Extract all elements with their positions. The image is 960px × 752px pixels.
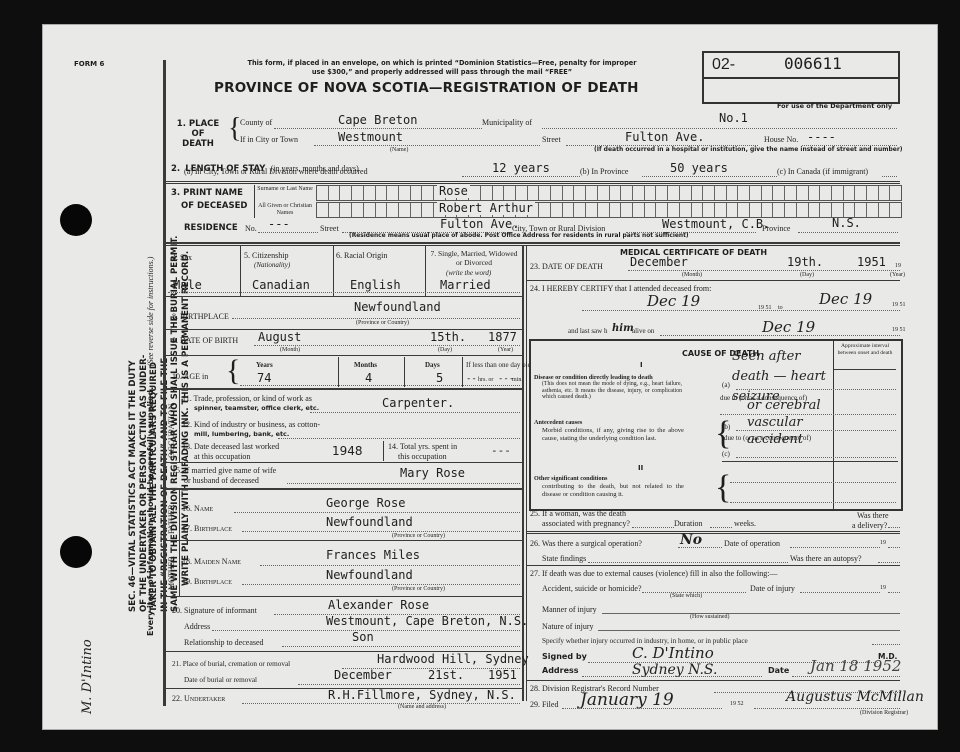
hrs-value[interactable]: --	[466, 374, 477, 384]
less-one-day-label: If less than one day old	[466, 361, 531, 369]
signature-address-label: Address	[542, 666, 579, 675]
industry-field[interactable]	[278, 438, 520, 439]
stay-city-value[interactable]: 12 years	[492, 161, 550, 175]
how-sustained: (How sustained)	[690, 614, 730, 620]
birthplace-label: 8. BIRTHPLACE	[172, 312, 229, 321]
residence-city[interactable]: Westmount, C.B.	[662, 217, 770, 231]
hospital-note: (If death occurred in a hospital or inst…	[594, 146, 903, 153]
residence-street[interactable]: Fulton Ave.	[440, 217, 519, 231]
section-ii: II	[638, 464, 643, 472]
days-value[interactable]: 5	[436, 371, 443, 385]
city-value[interactable]: Westmount	[338, 130, 403, 144]
spouse-label-2: or husband of deceased	[184, 476, 259, 485]
alive-on-value[interactable]: Dec 19	[762, 318, 815, 336]
place-of-death-label: 1. PLACEOFDEATH	[171, 119, 225, 149]
racial-value[interactable]: English	[350, 278, 401, 292]
citizenship-label: 5. Citizenship	[244, 251, 288, 260]
burial-date-year[interactable]: 1951	[488, 668, 517, 682]
street-label: Street	[542, 135, 561, 144]
stay-canada-label: (c) In Canada (if immigrant)	[777, 167, 868, 176]
father-side-label: FATHER	[167, 504, 176, 534]
instruction-supplied: Every item of information should be care…	[146, 387, 155, 636]
residence-label: RESIDENCE	[184, 223, 238, 233]
municipality-label: Municipality of	[482, 118, 532, 127]
residence-province-label: Province	[762, 224, 790, 233]
trade-label-2: spinner, teamster, office clerk, etc.	[194, 404, 319, 412]
birthplace-value[interactable]: Newfoundland	[354, 300, 441, 314]
manner-label: Manner of injury	[542, 605, 597, 614]
direct-note: (This does not mean the mode of dying, e…	[542, 381, 682, 401]
occupation-side-label: OCCUPATION	[167, 403, 176, 458]
mail-notice-line1: This form, if placed in an envelope, on …	[207, 59, 677, 68]
filed-year: 19 52	[730, 701, 744, 707]
cause-a-label: (a)	[722, 381, 730, 389]
state-which: (State which)	[670, 593, 702, 599]
operation-year-prefix: 19	[880, 540, 886, 546]
weeks-label: weeks.	[734, 519, 756, 528]
autopsy-label: Was there an autopsy?	[790, 554, 862, 563]
dod-label: 23. DATE OF DEATH	[530, 262, 603, 271]
frame-left-rule	[163, 60, 166, 706]
signature-date[interactable]: Jan 18 1952	[810, 657, 901, 675]
registration-number-box: 02- 006611	[702, 51, 900, 104]
surname-value[interactable]: Rose	[437, 184, 470, 198]
surname-label: Surname or Last Name	[256, 186, 314, 193]
dob-year[interactable]: 1877	[488, 330, 517, 344]
antecedent-note: Morbid conditions, if any, giving rise t…	[542, 427, 684, 442]
injury-date-label: Date of injury	[750, 584, 795, 593]
cause-b-field[interactable]	[736, 430, 896, 431]
citizenship-sub: (Nationality)	[254, 261, 290, 269]
informant-label: 20. Signature of informant	[172, 606, 257, 615]
frame-mid-rule	[522, 246, 524, 701]
direct-label: Disease or condition directly leading to…	[534, 374, 653, 381]
given-label: All Given or Christian Names	[256, 203, 314, 217]
instruction-line: SEC. 46—VITAL STATISTICS ACT MAKES IT TH…	[128, 236, 139, 616]
signed-by-label: Signed by	[542, 652, 587, 661]
spouse-label-1: 15. If married give name of wife	[172, 466, 276, 475]
mail-notice: This form, if placed in an envelope, on …	[207, 59, 677, 77]
operation-date-label: Date of operation	[724, 539, 780, 548]
mother-birthplace[interactable]: Newfoundland	[326, 568, 413, 582]
years-value[interactable]: 74	[257, 371, 271, 385]
total-yrs-label-2: this occupation	[398, 452, 447, 461]
dob-label: 9. DATE OF BIRTH	[172, 336, 238, 345]
dod-year[interactable]: 1951	[857, 255, 886, 269]
last-worked-label-2: at this occupation	[194, 452, 250, 461]
operation-label: 26. Was there a surgical operation?	[530, 539, 642, 548]
dob-month-sub: (Month)	[280, 347, 300, 353]
place-of-death-num: 1.	[177, 119, 186, 129]
dob-day-sub: (Day)	[438, 347, 452, 353]
total-yrs-label-1: 14. Total yrs. spent in	[388, 442, 457, 451]
injury-year-prefix: 19	[880, 585, 886, 591]
dod-year-prefix: 19	[895, 263, 901, 269]
stay-province-value[interactable]: 50 years	[670, 161, 728, 175]
autopsy-field[interactable]	[878, 562, 900, 563]
department-note: For use of the Department only	[777, 102, 892, 110]
relationship-value[interactable]: Son	[352, 630, 374, 644]
section-i: I	[640, 361, 643, 369]
city-sub: (Name)	[390, 147, 408, 153]
given-value[interactable]: Robert Arthur	[437, 201, 535, 215]
dob-month[interactable]: August	[258, 330, 301, 344]
spouse-value[interactable]: Mary Rose	[400, 466, 465, 480]
registration-number: 006611	[784, 54, 842, 73]
accident-label: Accident, suicide or homicide?	[542, 584, 642, 593]
last-saw-label: and last saw h	[568, 327, 607, 335]
signature-date-label: Date	[768, 666, 789, 675]
last-worked-label-1: 13. Date deceased last worked	[182, 442, 279, 451]
dod-day-sub: (Day)	[800, 272, 814, 278]
relationship-label: Relationship to deceased	[184, 638, 264, 647]
instruction-footnote: Every item of information should be care…	[146, 257, 155, 636]
months-value[interactable]: 4	[365, 371, 372, 385]
findings-label: State findings	[542, 554, 586, 563]
months-label: Months	[354, 361, 377, 369]
stay-city-label: (a) In City, Town or Rural Division wher…	[184, 167, 368, 176]
industry-label-1: 12. Kind of industry or business, as cot…	[182, 420, 320, 429]
father-birthplace-label: 17. Birthplace	[182, 524, 232, 533]
county-value[interactable]: Cape Breton	[338, 113, 417, 127]
trade-value[interactable]: Carpenter.	[382, 396, 454, 410]
municipality-value[interactable]: No.1	[719, 111, 748, 125]
pregnancy-label-1: 25. If a woman, was the death	[530, 509, 626, 518]
street-value[interactable]: Fulton Ave.	[625, 130, 704, 144]
total-yrs-value[interactable]: ---	[491, 444, 511, 457]
filed-date[interactable]: January 19	[580, 690, 674, 710]
attended-to[interactable]: Dec 19	[819, 290, 872, 308]
mother-side-label: MOTHER	[167, 556, 176, 590]
informant-signature[interactable]: Alexander Rose	[328, 598, 429, 612]
physician-signature[interactable]: C. D'Intino	[632, 644, 714, 662]
marital-value[interactable]: Married	[440, 278, 491, 292]
residence-city-label: City, Town or Rural Division	[512, 224, 605, 233]
nature-field[interactable]	[598, 630, 900, 631]
min-label: min.	[512, 377, 523, 383]
mail-notice-line2: use $300,” and properly addressed will p…	[207, 68, 677, 77]
burial-date-day[interactable]: 21st.	[428, 668, 464, 682]
other-note: contributing to the death, but not relat…	[542, 483, 684, 498]
alive-on-label: alive on	[632, 327, 654, 335]
father-name-label: 16. Name	[182, 504, 213, 513]
dod-month-sub: (Month)	[682, 272, 702, 278]
pregnancy-label-2: associated with pregnancy?	[542, 519, 630, 528]
undertaker-value[interactable]: R.H.Fillmore, Sydney, N.S.	[328, 688, 516, 702]
days-label: Days	[425, 361, 440, 369]
duration-label: Duration	[674, 519, 702, 528]
form-title: PROVINCE OF NOVA SCOTIA—REGISTRATION OF …	[214, 80, 639, 96]
informant-address-label: Address	[184, 622, 210, 631]
mother-birthplace-label: 19. Birthplace	[182, 577, 232, 586]
dob-day[interactable]: 15th.	[430, 330, 466, 344]
frame-mid-rule-2	[526, 246, 527, 701]
burial-place[interactable]: Hardwood Hill, Sydney	[377, 652, 529, 666]
attended-to-year: 19 51	[892, 302, 906, 308]
informant-address[interactable]: Westmount, Cape Breton, N.S.	[326, 614, 528, 628]
father-name[interactable]: George Rose	[326, 496, 405, 510]
racial-label: 6. Racial Origin	[336, 251, 387, 260]
birthplace-sub: (Province or Country)	[356, 320, 409, 326]
last-worked-value[interactable]: 1948	[332, 444, 363, 458]
dob-year-sub: (Year)	[498, 347, 513, 353]
instruction-see-reverse: (See reverse side for instructions.)	[146, 257, 155, 367]
antecedent-label: Antecedent causes	[534, 419, 582, 426]
marital-label: 7. Single, Married, Widowed or Divorced	[428, 249, 520, 267]
mother-birthplace-sub: (Province or Country)	[392, 586, 445, 592]
county-label: County of	[240, 118, 272, 127]
operation-date-field[interactable]	[790, 547, 880, 548]
punch-hole-top	[60, 204, 92, 236]
city-label: If in City or Town	[240, 135, 298, 144]
given-grid[interactable]	[316, 202, 902, 218]
residence-no[interactable]: ---	[268, 217, 290, 231]
father-birthplace[interactable]: Newfoundland	[326, 515, 413, 529]
other-label: Other significant conditions	[534, 475, 607, 482]
cause-b-label: (b)	[722, 423, 730, 431]
registrar-signature[interactable]: Augustus McMillan	[786, 689, 924, 705]
filed-label: 29. Filed	[530, 700, 558, 709]
stay-province-label: (b) In Province	[580, 167, 628, 176]
marital-sub: (write the word)	[446, 269, 491, 277]
findings-field[interactable]	[588, 562, 788, 563]
last-saw-pronoun[interactable]: him	[612, 323, 634, 334]
hrs-label: hrs. or	[478, 377, 493, 383]
surname-grid[interactable]	[316, 185, 902, 201]
citizenship-value[interactable]: Canadian	[252, 278, 310, 292]
nature-label: Nature of injury	[542, 622, 594, 631]
sex-value[interactable]: Male	[173, 278, 202, 292]
industry-label-2: mill, lumbering, bank, etc.	[194, 430, 289, 438]
dod-month[interactable]: December	[630, 255, 688, 269]
years-label: Years	[256, 361, 273, 369]
handwritten-margin-note: M. D'Intino	[80, 639, 95, 714]
residence-province[interactable]: N.S.	[832, 216, 861, 230]
attended-from[interactable]: Dec 19	[647, 292, 700, 310]
print-name-label: 3. PRINT NAME OF DECEASED	[171, 187, 247, 213]
undertaker-label: 22. Undertaker	[172, 694, 225, 703]
injury-date-field[interactable]	[800, 592, 880, 593]
father-birthplace-sub: (Province or Country)	[392, 533, 445, 539]
cause-c-field[interactable]	[736, 457, 896, 458]
residence-street-label: Street	[320, 224, 339, 233]
burial-date-month[interactable]: December	[334, 668, 392, 682]
punch-hole-bottom	[60, 536, 92, 568]
age-label: 10. AGE in	[172, 372, 208, 381]
registrar-sub: (Division Registrar)	[860, 710, 908, 716]
residence-note: (Residence means usual place of abode. P…	[349, 233, 689, 239]
manner-field[interactable]	[602, 613, 900, 614]
due-to-2: due to (or as a consequence of)	[724, 434, 811, 442]
mother-name-label: 18. Maiden Name	[182, 557, 241, 566]
alive-on-year: 19 51	[892, 327, 906, 333]
registration-prefix: 02-	[712, 56, 735, 74]
trade-label-1: 11. Trade, profession, or kind of work a…	[182, 394, 312, 403]
external-label: 27. If death was due to external causes …	[530, 569, 777, 578]
delivery-label-1: Was there	[857, 511, 889, 520]
death-certificate-paper: SEC. 46—VITAL STATISTICS ACT MAKES IT TH…	[42, 24, 938, 730]
cause-c-label: (c)	[722, 450, 730, 458]
residence-no-label: No.	[245, 224, 257, 233]
form-number: FORM 6	[74, 60, 104, 68]
burial-date-label: Date of burial or removal	[184, 676, 257, 684]
house-value[interactable]: ----	[807, 130, 836, 144]
interval-header: Approximate interval between onset and d…	[834, 343, 896, 356]
delivery-label-2: a delivery?	[852, 521, 887, 530]
undertaker-sub: (Name and address)	[398, 704, 446, 710]
burial-place-label: 21. Place of burial, cremation or remova…	[172, 660, 290, 668]
other-conditions-field[interactable]	[730, 482, 896, 483]
dod-day[interactable]: 19th.	[787, 255, 823, 269]
dod-year-sub: (Year)	[890, 272, 905, 278]
mother-name[interactable]: Frances Miles	[326, 548, 420, 562]
house-label: House No.	[764, 135, 798, 144]
operation-value[interactable]: No	[680, 532, 702, 548]
sex-label: 4. Sex	[172, 253, 192, 262]
